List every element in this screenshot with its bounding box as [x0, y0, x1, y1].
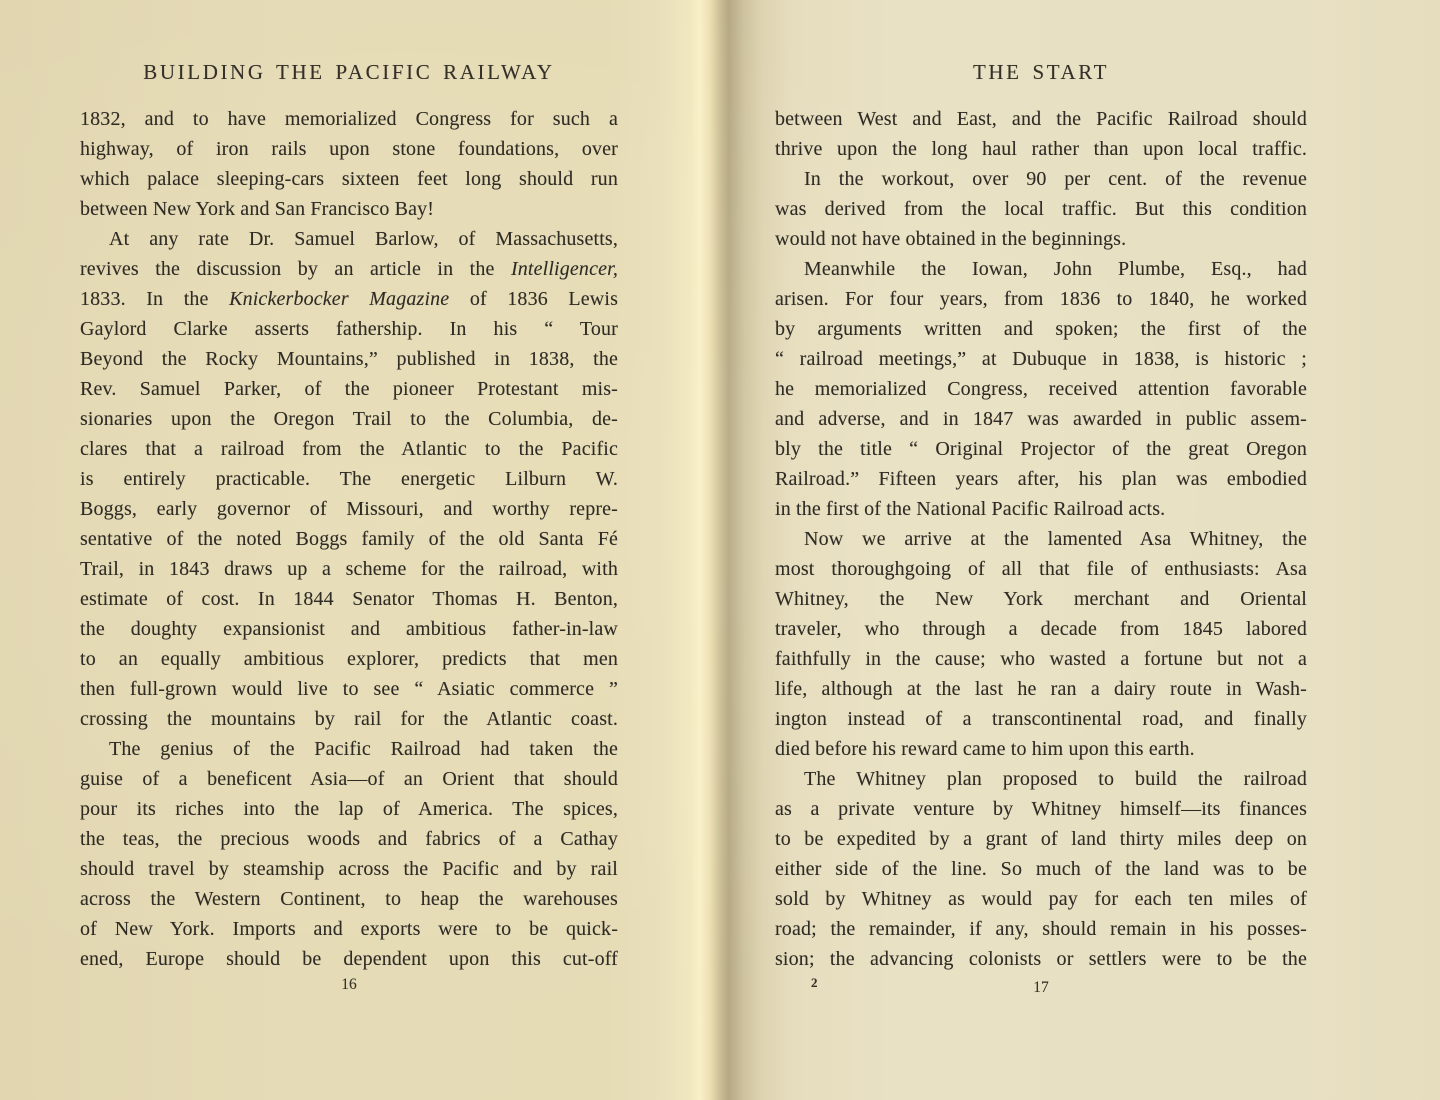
- right-running-head: THE START: [775, 60, 1307, 85]
- text-line: crossing the mountains by rail for the A…: [80, 704, 618, 734]
- text-line: Whitney, the New York merchant and Orien…: [775, 584, 1307, 614]
- text-line: road; the remainder, if any, should rema…: [775, 914, 1307, 944]
- text-line: Gaylord Clarke asserts fathership. In hi…: [80, 314, 618, 344]
- text-line: life, although at the last he ran a dair…: [775, 674, 1307, 704]
- text-line: clares that a railroad from the Atlantic…: [80, 434, 618, 464]
- text-line: Railroad.” Fifteen years after, his plan…: [775, 464, 1307, 494]
- text-line: was derived from the local traffic. But …: [775, 194, 1307, 224]
- text-line: In the workout, over 90 per cent. of the…: [775, 164, 1307, 194]
- text-line: is entirely practicable. The energetic L…: [80, 464, 618, 494]
- text-line: At any rate Dr. Samuel Barlow, of Massac…: [80, 224, 618, 254]
- right-page-number: 17: [775, 979, 1307, 997]
- text-line: died before his reward came to him upon …: [775, 734, 1307, 764]
- text-line: The Whitney plan proposed to build the r…: [775, 764, 1307, 794]
- text-line: then full-grown would live to see “ Asia…: [80, 674, 618, 704]
- text-line: Beyond the Rocky Mountains,” published i…: [80, 344, 618, 374]
- text-line: “ railroad meetings,” at Dubuque in 1838…: [775, 344, 1307, 374]
- text-line: he memorialized Congress, received atten…: [775, 374, 1307, 404]
- text-line: highway, of iron rails upon stone founda…: [80, 134, 618, 164]
- text-line: Meanwhile the Iowan, John Plumbe, Esq., …: [775, 254, 1307, 284]
- right-text-block: between West and East, and the Pacific R…: [775, 104, 1307, 974]
- text-line: traveler, who through a decade from 1845…: [775, 614, 1307, 644]
- left-page: BUILDING THE PACIFIC RAILWAY 1832, and t…: [80, 0, 618, 1100]
- text-line: to an equally ambitious explorer, predic…: [80, 644, 618, 674]
- text-line: Trail, in 1843 draws up a scheme for the…: [80, 554, 618, 584]
- text-line: Rev. Samuel Parker, of the pioneer Prote…: [80, 374, 618, 404]
- text-line: sion; the advancing colonists or settler…: [775, 944, 1307, 974]
- text-line: the doughty expansionist and ambitious f…: [80, 614, 618, 644]
- text-line: would not have obtained in the beginning…: [775, 224, 1307, 254]
- text-line: between West and East, and the Pacific R…: [775, 104, 1307, 134]
- text-line: ington instead of a transcontinental roa…: [775, 704, 1307, 734]
- left-page-number: 16: [80, 976, 618, 994]
- left-text-block: 1832, and to have memorialized Congress …: [80, 104, 618, 974]
- text-line: sentative of the noted Boggs family of t…: [80, 524, 618, 554]
- text-line: The genius of the Pacific Railroad had t…: [80, 734, 618, 764]
- text-line: and adverse, and in 1847 was awarded in …: [775, 404, 1307, 434]
- text-line: thrive upon the long haul rather than up…: [775, 134, 1307, 164]
- text-line: across the Western Continent, to heap th…: [80, 884, 618, 914]
- right-page: THE START between West and East, and the…: [775, 0, 1307, 1100]
- left-running-head: BUILDING THE PACIFIC RAILWAY: [80, 60, 618, 85]
- text-line: guise of a beneficent Asia—of an Orient …: [80, 764, 618, 794]
- text-line: to be expedited by a grant of land thirt…: [775, 824, 1307, 854]
- text-line: estimate of cost. In 1844 Senator Thomas…: [80, 584, 618, 614]
- text-line: 1833. In the Knickerbocker Magazine of 1…: [80, 284, 618, 314]
- text-line: should travel by steamship across the Pa…: [80, 854, 618, 884]
- text-line: revives the discussion by an article in …: [80, 254, 618, 284]
- text-line: in the first of the National Pacific Rai…: [775, 494, 1307, 524]
- text-line: of New York. Imports and exports were to…: [80, 914, 618, 944]
- text-line: sionaries upon the Oregon Trail to the C…: [80, 404, 618, 434]
- text-line: which palace sleeping-cars sixteen feet …: [80, 164, 618, 194]
- text-line: faithfully in the cause; who wasted a fo…: [775, 644, 1307, 674]
- text-line: the teas, the precious woods and fabrics…: [80, 824, 618, 854]
- text-line: pour its riches into the lap of America.…: [80, 794, 618, 824]
- text-line: as a private venture by Whitney himself—…: [775, 794, 1307, 824]
- text-line: Boggs, early governor of Missouri, and w…: [80, 494, 618, 524]
- text-line: ened, Europe should be dependent upon th…: [80, 944, 618, 974]
- text-line: between New York and San Francisco Bay!: [80, 194, 618, 224]
- text-line: Now we arrive at the lamented Asa Whitne…: [775, 524, 1307, 554]
- text-line: 1832, and to have memorialized Congress …: [80, 104, 618, 134]
- text-line: bly the title “ Original Projector of th…: [775, 434, 1307, 464]
- book-spread-photo: { "book": { "colors": { "paper_left": "#…: [0, 0, 1440, 1100]
- text-line: arisen. For four years, from 1836 to 184…: [775, 284, 1307, 314]
- text-line: most thoroughgoing of all that file of e…: [775, 554, 1307, 584]
- text-line: either side of the line. So much of the …: [775, 854, 1307, 884]
- text-line: sold by Whitney as would pay for each te…: [775, 884, 1307, 914]
- text-line: by arguments written and spoken; the fir…: [775, 314, 1307, 344]
